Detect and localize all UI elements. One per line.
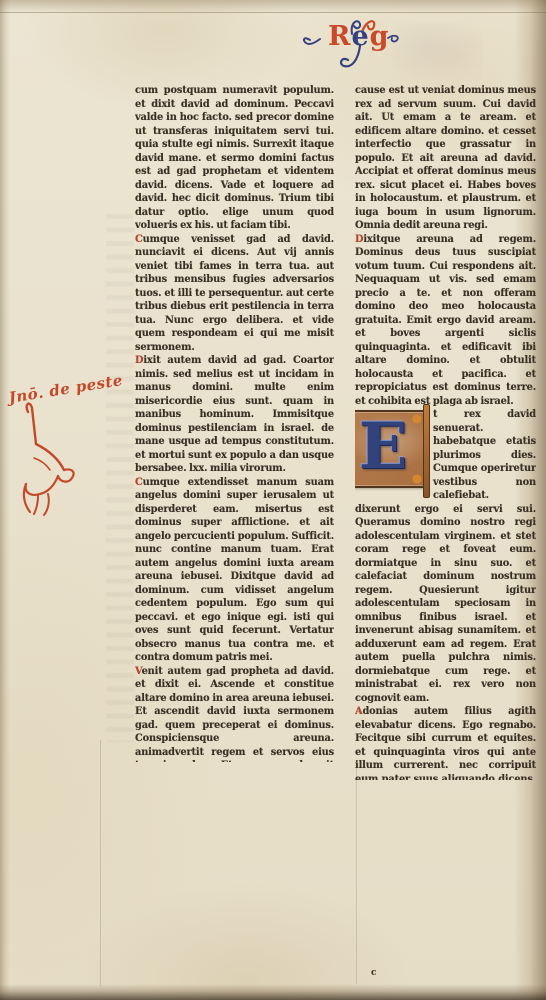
text-paragraph: Cumque venisset gad ad david. nunciavit …	[135, 233, 334, 355]
decorated-initial-e: E	[355, 410, 426, 488]
text-paragraph: Adonias autem filius agith elevabatur di…	[355, 705, 536, 780]
text-paragraph: Cumque extendisset manum suam angelus do…	[135, 476, 334, 665]
book-abbreviation: Reg	[328, 22, 390, 52]
title-letter-r: R	[328, 21, 351, 52]
manuscript-photo: Reg cum postquam numeravit populum. et d…	[0, 0, 546, 1000]
page-left-edge	[0, 0, 10, 1000]
page-bottom-edge	[0, 984, 546, 1000]
text-column-left: cum postquam numeravit populum. et dixit…	[135, 84, 334, 762]
text-column-right: cause est ut veniat dominus meus rex ad …	[355, 84, 536, 780]
page-mark: c	[371, 968, 376, 978]
manicule-icon	[14, 398, 110, 516]
running-title: Reg	[300, 12, 430, 78]
manuscript-page: Reg cum postquam numeravit populum. et d…	[0, 0, 546, 1000]
text-paragraph: Venit autem gad propheta ad david. et di…	[135, 665, 334, 763]
initial-border-bar	[423, 404, 430, 498]
text-paragraph: cum postquam numeravit populum. et dixit…	[135, 84, 334, 233]
initial-letter: E	[355, 412, 424, 482]
text-paragraph: Dixit autem david ad gad. Coartor nimis.…	[135, 354, 334, 476]
text-paragraph: cause est ut veniat dominus meus rex ad …	[355, 84, 536, 233]
title-letter-e: e	[351, 21, 369, 52]
title-letter-g: g	[370, 21, 390, 52]
text-paragraph: Dixitque areuna ad regem. Dominus deus t…	[355, 233, 536, 409]
show-through-text-ghost	[106, 214, 134, 742]
top-crease-line	[0, 12, 546, 13]
vertical-crease-center	[356, 760, 357, 984]
vertical-crease-left	[100, 740, 101, 986]
